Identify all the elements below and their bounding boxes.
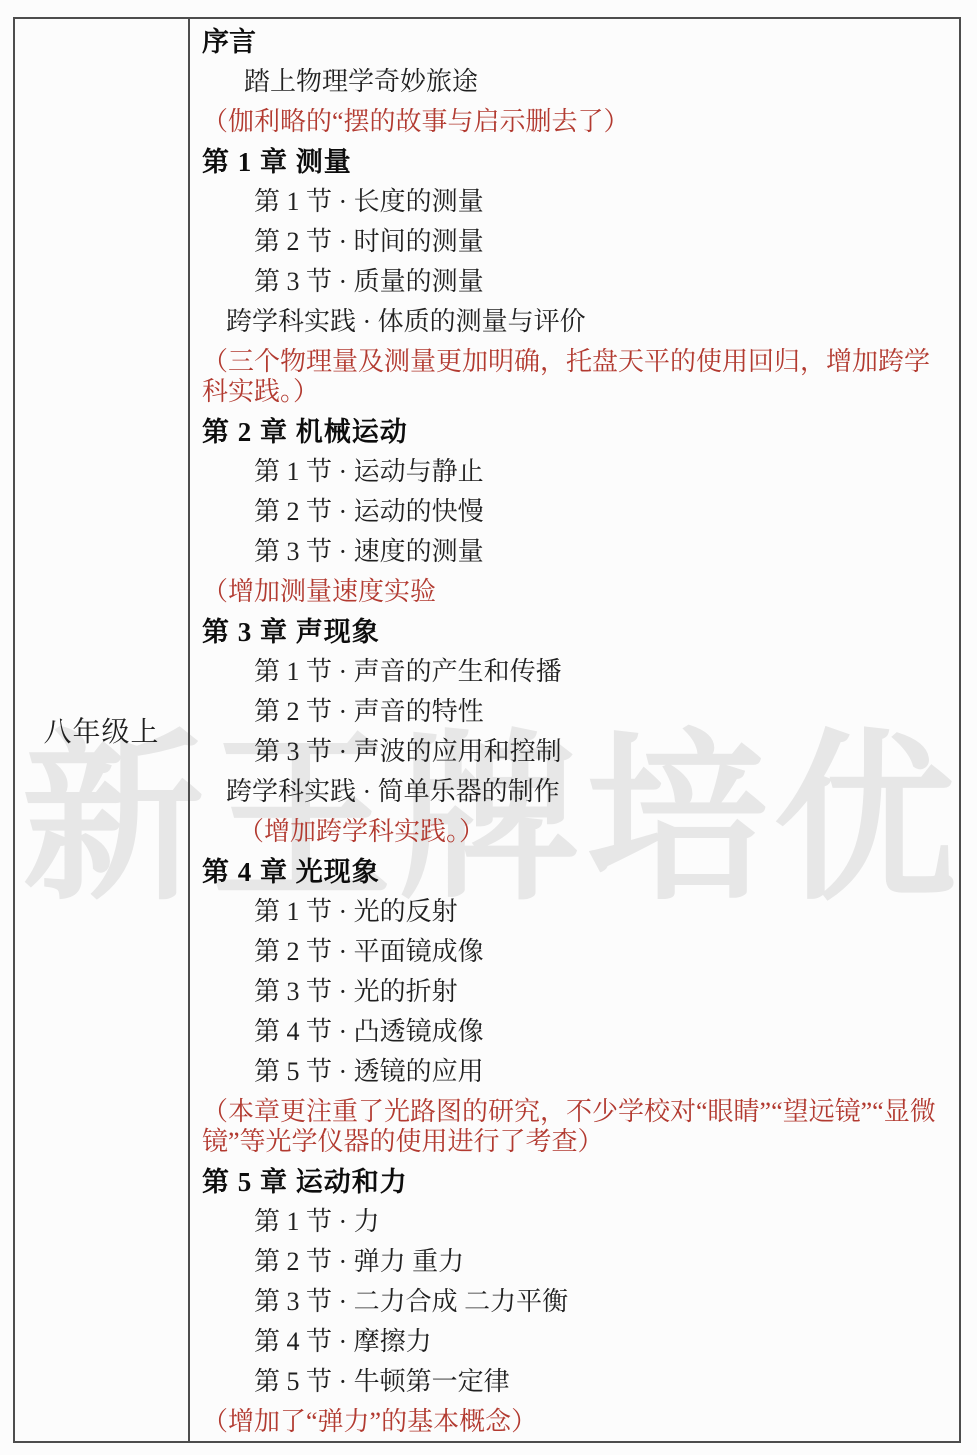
- toc-row: 第 1 节 · 力: [202, 1202, 951, 1242]
- toc-row: 跨学科实践 · 体质的测量与评价: [202, 302, 951, 342]
- toc-row: 第 1 节 · 运动与静止: [202, 452, 951, 492]
- toc-row: （增加测量速度实验: [202, 572, 951, 612]
- toc-row: 第 1 节 · 声音的产生和传播: [202, 652, 951, 692]
- toc-row: 第 2 节 · 运动的快慢: [202, 492, 951, 532]
- toc-row: 第 3 节 · 光的折射: [202, 972, 951, 1012]
- grade-label: 八年级上: [43, 710, 159, 750]
- toc-row: 第 1 章 测量: [202, 142, 951, 182]
- toc-row-text: 第 2 节 · 运动的快慢: [254, 497, 484, 526]
- toc-row: 第 2 节 · 声音的特性: [202, 692, 951, 732]
- toc-row-text: 第 2 节 · 平面镜成像: [254, 937, 484, 966]
- toc-row-text: 第 3 节 · 质量的测量: [254, 267, 484, 296]
- toc-row: 跨学科实践 · 简单乐器的制作: [202, 772, 951, 812]
- toc-row-text: 第 2 节 · 时间的测量: [254, 227, 484, 256]
- toc-row: （三个物理量及测量更加明确，托盘天平的使用回归，增加跨学科实践。）: [202, 342, 951, 412]
- toc-row-text: 第 1 章 测量: [202, 147, 352, 177]
- toc-row: 第 2 节 · 时间的测量: [202, 222, 951, 262]
- toc-row-text: 第 3 节 · 光的折射: [254, 977, 458, 1006]
- toc-row-text: 第 3 节 · 二力合成 二力平衡: [254, 1287, 568, 1316]
- toc-row-text: 第 4 节 · 凸透镜成像: [254, 1017, 484, 1046]
- toc-row-text: 序言: [202, 27, 256, 57]
- toc-row: （伽利略的“摆的故事与启示删去了）: [202, 102, 951, 142]
- toc-row: 序言: [202, 22, 951, 62]
- toc-row-text: 第 1 节 · 光的反射: [254, 897, 458, 926]
- toc-row-text: （增加测量速度实验: [202, 577, 436, 606]
- toc-row: （增加跨学科实践。）: [202, 812, 951, 852]
- toc-row-text: （三个物理量及测量更加明确，托盘天平的使用回归，增加跨学科实践。）: [202, 347, 930, 406]
- toc-row: 第 2 节 · 平面镜成像: [202, 932, 951, 972]
- toc-row: 第 3 节 · 速度的测量: [202, 532, 951, 572]
- toc-row-text: 第 2 节 · 弹力 重力: [254, 1247, 464, 1276]
- toc-row: 第 2 节 · 弹力 重力: [202, 1242, 951, 1282]
- toc-row: 第 5 节 · 透镜的应用: [202, 1052, 951, 1092]
- toc-row-text: 踏上物理学奇妙旅途: [244, 67, 478, 96]
- toc-row: 第 4 节 · 摩擦力: [202, 1322, 951, 1362]
- toc-row-text: （伽利略的“摆的故事与启示删去了）: [202, 107, 630, 136]
- toc-row-text: 第 1 节 · 声音的产生和传播: [254, 657, 562, 686]
- toc-row-text: （增加跨学科实践。）: [238, 817, 485, 846]
- toc-row-text: 第 5 节 · 牛顿第一定律: [254, 1367, 510, 1396]
- toc-row: 第 1 节 · 长度的测量: [202, 182, 951, 222]
- toc-row-text: （本章更注重了光路图的研究，不少学校对“眼睛”“望远镜”“显微镜”等光学仪器的使…: [202, 1097, 936, 1156]
- toc-row-text: 第 4 章 光现象: [202, 857, 380, 887]
- toc-row-text: 第 1 节 · 力: [254, 1207, 380, 1236]
- toc-row-text: 第 3 章 声现象: [202, 617, 380, 647]
- toc-row-text: 第 5 章 运动和力: [202, 1167, 408, 1197]
- toc-row: 第 5 章 运动和力: [202, 1162, 951, 1202]
- toc-row: 第 3 章 声现象: [202, 612, 951, 652]
- toc-row-text: 第 1 节 · 运动与静止: [254, 457, 484, 486]
- toc-cell: 序言踏上物理学奇妙旅途（伽利略的“摆的故事与启示删去了）第 1 章 测量第 1 …: [190, 19, 959, 1441]
- toc-row-text: 跨学科实践 · 简单乐器的制作: [226, 777, 560, 806]
- toc-row: 第 1 节 · 光的反射: [202, 892, 951, 932]
- toc-table: 八年级上 序言踏上物理学奇妙旅途（伽利略的“摆的故事与启示删去了）第 1 章 测…: [13, 17, 961, 1443]
- toc-row: 第 5 节 · 牛顿第一定律: [202, 1362, 951, 1402]
- toc-row: 第 4 节 · 凸透镜成像: [202, 1012, 951, 1052]
- toc-row-text: 第 2 节 · 声音的特性: [254, 697, 484, 726]
- toc-row: （本章更注重了光路图的研究，不少学校对“眼睛”“望远镜”“显微镜”等光学仪器的使…: [202, 1092, 951, 1162]
- toc-row-text: 第 1 节 · 长度的测量: [254, 187, 484, 216]
- toc-row: （增加了“弹力”的基本概念）: [202, 1402, 951, 1441]
- document-page: 新王牌培优 八年级上 序言踏上物理学奇妙旅途（伽利略的“摆的故事与启示删去了）第…: [0, 0, 977, 1455]
- toc-row-text: 跨学科实践 · 体质的测量与评价: [226, 307, 586, 336]
- toc-row: 第 3 节 · 声波的应用和控制: [202, 732, 951, 772]
- toc-row-text: 第 3 节 · 速度的测量: [254, 537, 484, 566]
- toc-row: 第 4 章 光现象: [202, 852, 951, 892]
- toc-row-text: （增加了“弹力”的基本概念）: [202, 1407, 537, 1436]
- toc-row-text: 第 4 节 · 摩擦力: [254, 1327, 432, 1356]
- toc-row-text: 第 5 节 · 透镜的应用: [254, 1057, 484, 1086]
- toc-row-text: 第 2 章 机械运动: [202, 417, 408, 447]
- grade-cell: 八年级上: [15, 19, 190, 1441]
- toc-row: 第 3 节 · 二力合成 二力平衡: [202, 1282, 951, 1322]
- toc-row-text: 第 3 节 · 声波的应用和控制: [254, 737, 562, 766]
- toc-row: 第 3 节 · 质量的测量: [202, 262, 951, 302]
- toc-row: 第 2 章 机械运动: [202, 412, 951, 452]
- toc-row: 踏上物理学奇妙旅途: [202, 62, 951, 102]
